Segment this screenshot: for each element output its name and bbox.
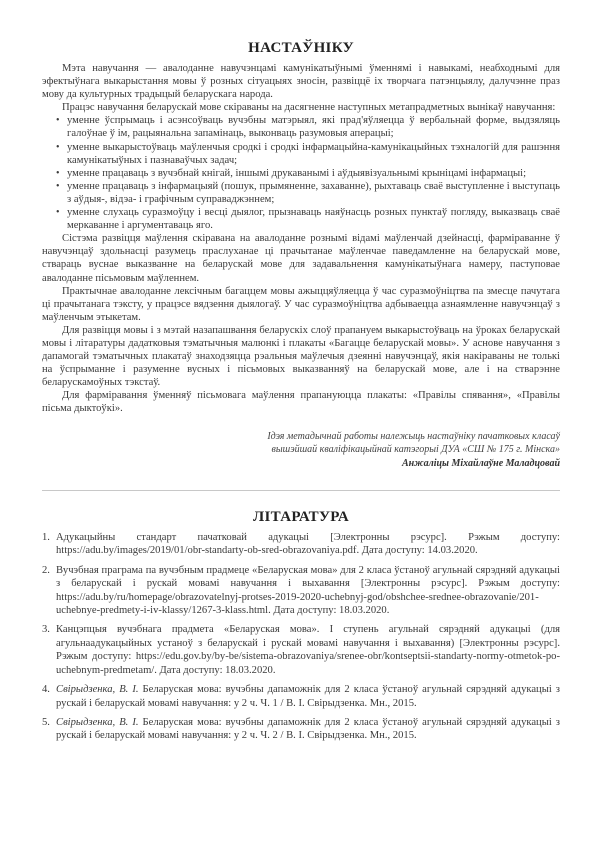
signature-block: Ідэя метадычнай работы належыць настаўні… [42, 430, 560, 471]
bullet-icon: • [56, 180, 60, 193]
signature-line: Ідэя метадычнай работы належыць настаўні… [42, 430, 560, 444]
bullet-icon: • [56, 167, 60, 180]
literature-section-title: ЛІТАРАТУРА [42, 507, 560, 527]
bullet-icon: • [56, 141, 60, 154]
list-item: •уменне працаваць з інфармацыяй (пошук, … [56, 180, 560, 206]
list-item: •уменне слухаць суразмоўцу і весці дыяло… [56, 206, 560, 232]
process-intro-paragraph: Працэс навучання беларускай мове скірава… [42, 101, 560, 114]
outcomes-list: •уменне ўспрымаць і асэнсоўваць вучэбны … [42, 114, 560, 232]
list-item: •уменне выкарыстоўваць маўленчыя сродкі … [56, 141, 560, 167]
reference-item: 2.Вучэбная праграма па вучэбным прадмеце… [42, 564, 560, 618]
bullet-icon: • [56, 114, 60, 127]
reference-item: 3.Канцэпцыя вучэбнага прадмета «Беларуск… [42, 623, 560, 677]
body-paragraph: Практычнае авалоданне лексічным багаццем… [42, 285, 560, 324]
body-paragraph: Для развіцця мовы і з мэтай назапашвання… [42, 324, 560, 389]
signature-author: Анжаліцы Міхайлаўне Маладцовай [42, 457, 560, 471]
body-paragraph: Для фарміравання ўменняў пісьмовага маўл… [42, 389, 560, 415]
reference-item: 5.Свірыдзенка, В. І. Беларуская мова: ву… [42, 716, 560, 743]
reference-item: 1.Адукацыйны стандарт пачатковай адукацы… [42, 531, 560, 558]
intro-paragraph: Мэта навучання — авалоданне навучэнцамі … [42, 62, 560, 101]
teacher-section-title: НАСТАЎНІКУ [42, 38, 560, 58]
references-list: 1.Адукацыйны стандарт пачатковай адукацы… [42, 531, 560, 743]
section-divider [42, 490, 560, 491]
list-item: •уменне працаваць з вучэбнай кнігай, інш… [56, 167, 560, 180]
list-item: •уменне ўспрымаць і асэнсоўваць вучэбны … [56, 114, 560, 140]
body-paragraph: Сістэма развіцця маўлення скіравана на а… [42, 232, 560, 284]
document-page: НАСТАЎНІКУ Мэта навучання — авалоданне н… [42, 38, 560, 749]
bullet-icon: • [56, 206, 60, 219]
reference-item: 4.Свірыдзенка, В. І. Беларуская мова: ву… [42, 683, 560, 710]
signature-line: вышэйшай кваліфікацыйнай катэгорыі ДУА «… [42, 443, 560, 457]
